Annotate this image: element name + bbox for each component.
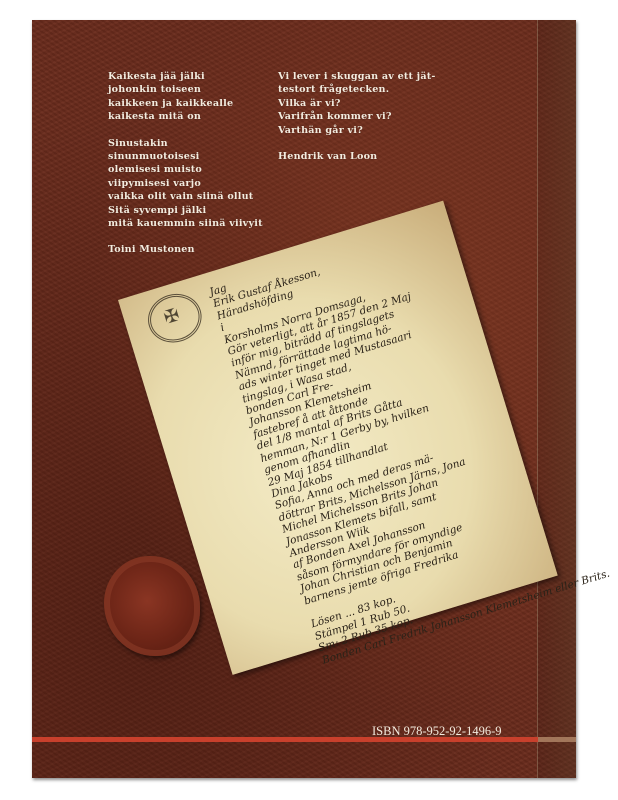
wax-seal-icon <box>104 556 200 656</box>
poem-line: viipymisesi varjo <box>108 177 263 190</box>
poem-line: Varifrån kommer vi? <box>278 110 436 123</box>
poem-line: johonkin toiseen <box>108 83 263 96</box>
poem-line: testort frågetecken. <box>278 83 436 96</box>
poem-line: vaikka olit vain siinä ollut <box>108 190 263 203</box>
poem-line: sinunmuotoisesi <box>108 150 263 163</box>
poem-line: Sinustakin <box>108 137 263 150</box>
book-spine <box>537 20 576 778</box>
poem-line: Sitä syvempi jälki <box>108 204 263 217</box>
poem-line: kaikkeen ja kaikkealle <box>108 97 263 110</box>
poem-line: Kaikesta jää jälki <box>108 70 263 83</box>
isbn-label: ISBN 978-952-92-1496-9 <box>372 724 502 739</box>
poem-line: olemisesi muisto <box>108 163 263 176</box>
poem-author: Toini Mustonen <box>108 243 263 256</box>
poem-line: Vilka är vi? <box>278 97 436 110</box>
poem-line: kaikesta mitä on <box>108 110 263 123</box>
poem-author: Hendrik van Loon <box>278 150 436 163</box>
poem-line: Varthän går vi? <box>278 124 436 137</box>
finnish-poem: Kaikesta jää jälki johonkin toiseen kaik… <box>108 70 263 257</box>
poem-line: mitä kauemmin siinä viivyit <box>108 217 263 230</box>
poem-line: Vi lever i skuggan av ett jät- <box>278 70 436 83</box>
official-stamp-icon <box>142 287 208 349</box>
swedish-poem: Vi lever i skuggan av ett jät- testort f… <box>278 70 436 163</box>
spine-stripe <box>538 737 576 742</box>
